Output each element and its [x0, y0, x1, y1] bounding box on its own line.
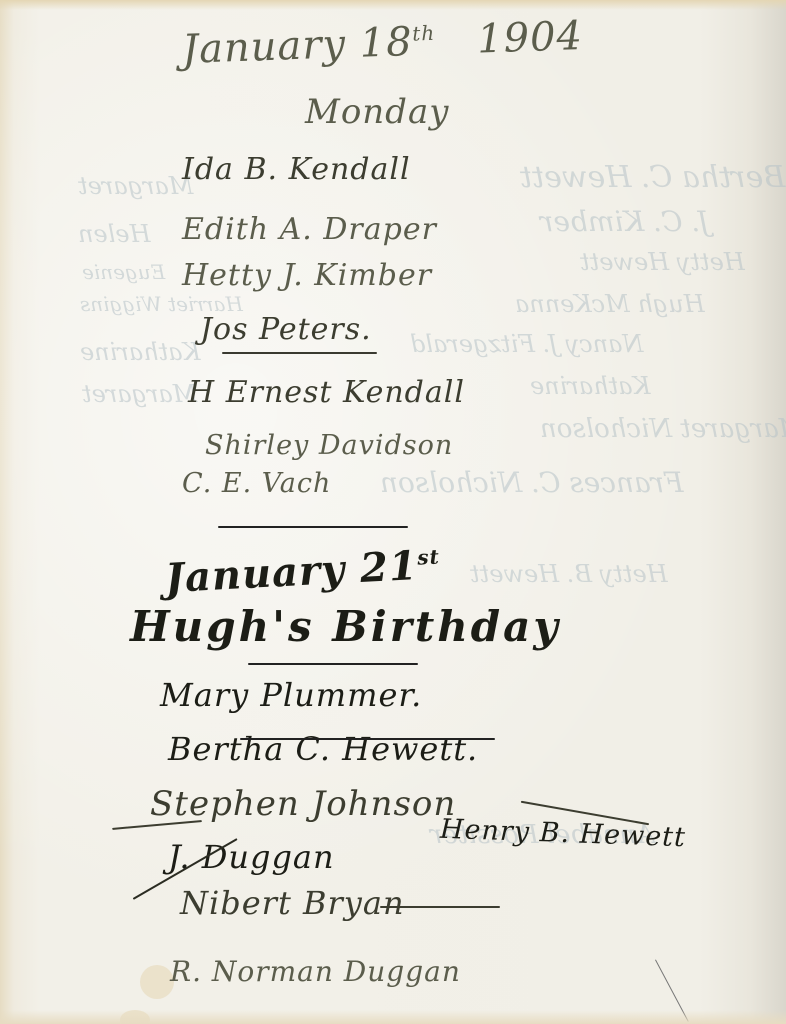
signature: Ida B. Kendall [182, 152, 411, 187]
bleed-through-text: J. C. Kimber [540, 205, 709, 238]
date-text: January 18 [181, 19, 413, 73]
signature: Nibert Bryan [180, 884, 405, 922]
signature: Edith A. Draper [182, 212, 437, 247]
bleed-through-text: Margaret Nicholson [540, 414, 786, 444]
date-suffix: th [412, 21, 436, 46]
pencil-mark [655, 960, 689, 1022]
section-divider [218, 526, 408, 528]
signature: Jos Peters. [200, 312, 372, 347]
signature: C. E. Vach [182, 468, 331, 499]
bleed-through-text: Nancy J. Fitzgerald [410, 330, 643, 358]
signature: Shirley Davidson [205, 430, 453, 461]
occasion-heading: Hugh's Birthday [130, 602, 561, 651]
signature-page: Margaret Helen Eugenie Harriet Wiggins K… [0, 0, 786, 1024]
entry-day-heading: Monday [305, 92, 449, 132]
signature: Hetty J. Kimber [182, 258, 432, 293]
bleed-through-text: Katharine [80, 338, 200, 366]
entry-date-heading: January 18th 1904 [181, 13, 583, 73]
bleed-through-text: Margaret [78, 172, 193, 200]
bleed-through-text: Eugenie [82, 260, 165, 284]
bleed-through-text: Hetty B. Hewett [470, 560, 668, 588]
signature: Stephen Johnson [150, 784, 456, 824]
underline [222, 352, 377, 354]
signature: H Ernest Kendall [188, 375, 465, 410]
bleed-through-text: Hetty Hewett [580, 248, 745, 276]
signature-flourish [380, 906, 500, 908]
bleed-through-text: Katharine [530, 372, 650, 400]
bleed-through-text: Helen [78, 220, 150, 248]
bleed-through-text: Hugh McKenna [515, 290, 705, 318]
signature-flourish [240, 738, 495, 740]
signature: Mary Plummer. [160, 676, 422, 714]
bleed-through-text: Frances C. Nicholson [380, 466, 684, 499]
year-text: 1904 [476, 13, 583, 63]
signature: J. Duggan [168, 838, 335, 876]
bleed-through-text: Bertha C. Hewett [520, 160, 785, 195]
signature: R. Norman Duggan [170, 955, 461, 988]
paper-stain [120, 1010, 150, 1024]
paper-stain [140, 965, 174, 999]
date-suffix: st [417, 544, 441, 569]
entry-date-heading: January 21st [164, 541, 441, 602]
bleed-through-text: Margaret [82, 380, 197, 408]
underline [248, 663, 418, 665]
date-text: January 21 [164, 542, 419, 602]
signature: Bertha C. Hewett. [168, 730, 478, 768]
